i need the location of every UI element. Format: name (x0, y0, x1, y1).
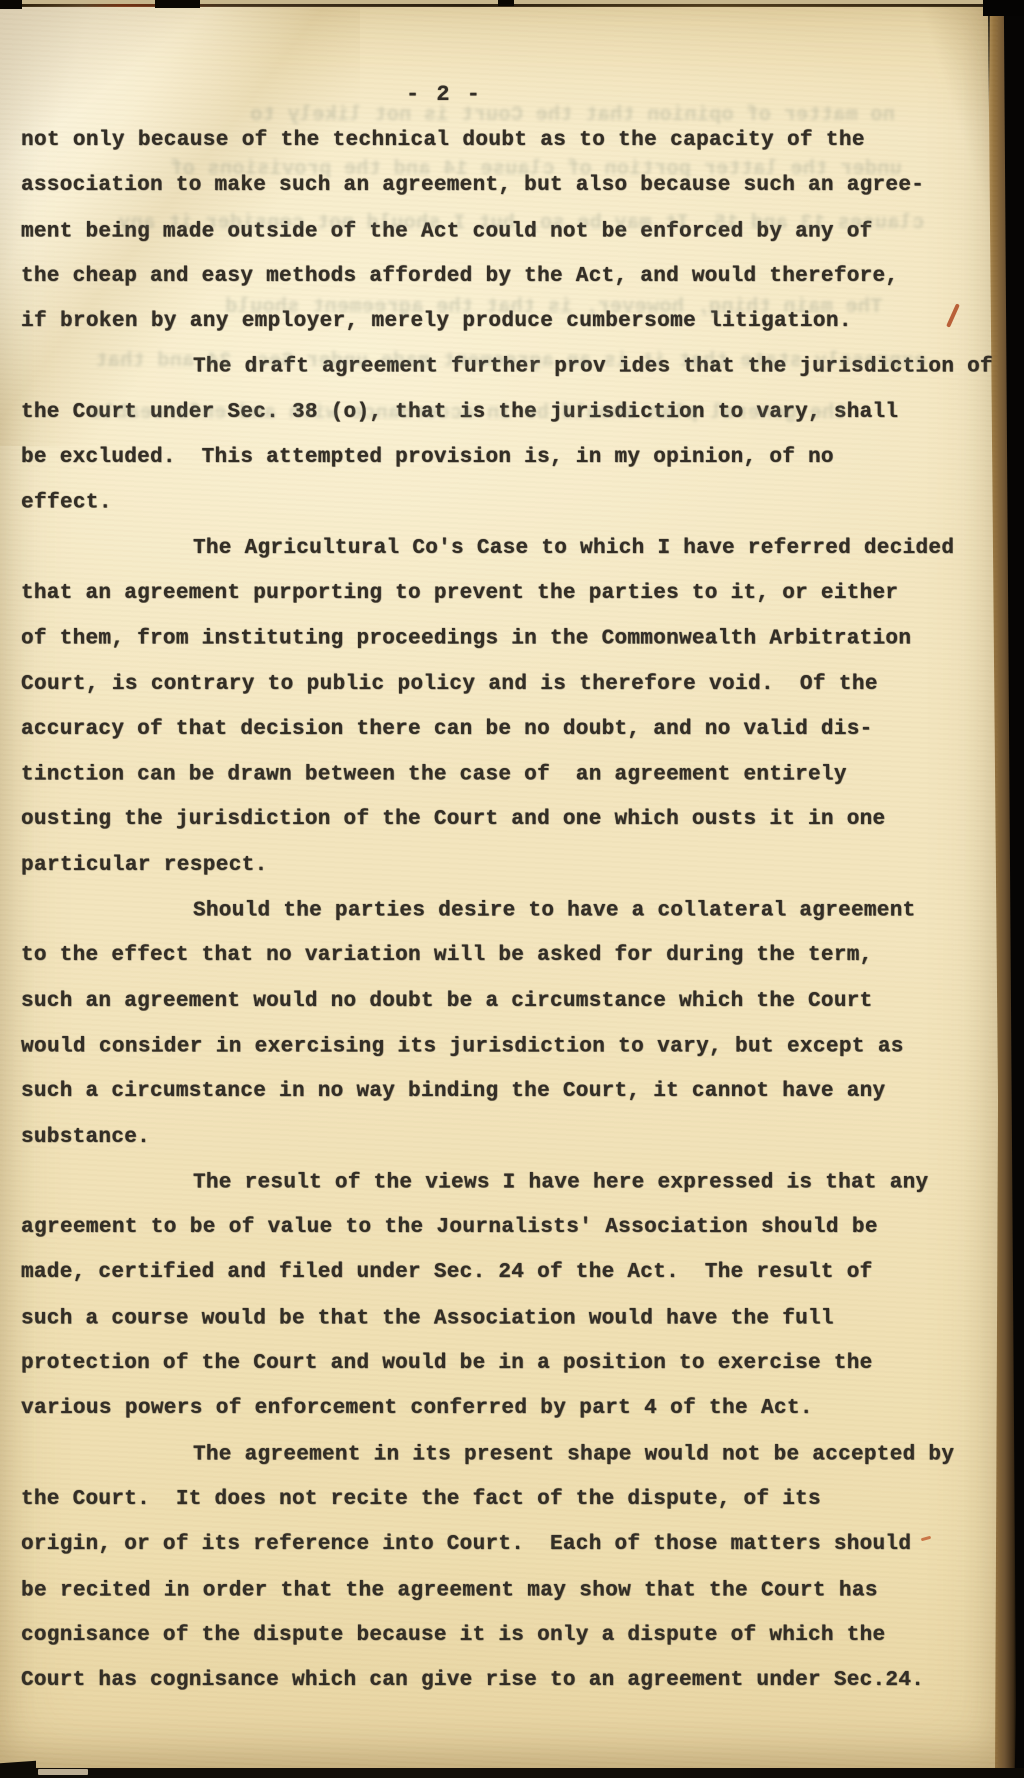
typewritten-line: ousting the jurisdiction of the Court an… (21, 797, 996, 842)
typewritten-line: such a circumstance in no way binding th… (21, 1069, 996, 1114)
bottom-edge-light-patch (38, 1769, 88, 1775)
text-lines: not only because of the technical doubt … (21, 118, 996, 1703)
typewritten-line: the Court under Sec. 38 (o), that is the… (21, 390, 996, 435)
typewritten-line: substance. (21, 1115, 996, 1160)
typewritten-line: such an agreement would no doubt be a ci… (21, 979, 996, 1024)
typewritten-line: protection of the Court and would be in … (21, 1341, 996, 1386)
typewritten-line: to the effect that no variation will be … (21, 933, 996, 978)
typewritten-line: Court, is contrary to public policy and … (21, 662, 996, 707)
typewritten-line: association to make such an agreement, b… (21, 163, 996, 208)
typewritten-line: The Agricultural Co's Case to which I ha… (21, 526, 996, 571)
typewritten-line: such a course would be that the Associat… (21, 1296, 996, 1341)
top-edge-dark-tab (0, 0, 22, 9)
typewritten-line: the cheap and easy methods afforded by t… (21, 254, 996, 299)
bottom-photo-edge (0, 1768, 1024, 1778)
top-right-dark-corner (983, 0, 1024, 16)
typewritten-line: The agreement in its present shape would… (21, 1432, 996, 1477)
typewritten-line: the Court. It does not recite the fact o… (21, 1477, 996, 1522)
typewritten-line: made, certified and filed under Sec. 24 … (21, 1250, 996, 1295)
typewritten-line: agreement to be of value to the Journali… (21, 1205, 996, 1250)
typewritten-line: ment being made outside of the Act could… (21, 209, 996, 254)
top-edge-dark-tab (498, 0, 514, 6)
typewritten-line: Court has cognisance which can give rise… (21, 1658, 996, 1703)
typewritten-line: particular respect. (21, 843, 996, 888)
bottom-left-dark-corner (0, 1761, 36, 1778)
page-number: - 2 - (406, 82, 482, 107)
typewritten-line: be excluded. This attempted provision is… (21, 435, 996, 480)
typewritten-line: not only because of the technical doubt … (21, 118, 996, 163)
typewritten-line: The draft agreement further prov ides th… (21, 345, 996, 390)
top-edge-dark-tab (155, 0, 200, 8)
typewritten-line: that an agreement purporting to prevent … (21, 571, 996, 616)
typewritten-line: origin, or of its reference into Court. … (21, 1522, 996, 1567)
typewritten-line: if broken by any employer, merely produc… (21, 299, 996, 344)
typewritten-line: Should the parties desire to have a coll… (21, 889, 996, 934)
typewritten-line: would consider in exercising its jurisdi… (21, 1025, 996, 1070)
typewritten-line: tinction can be drawn between the case o… (21, 753, 996, 798)
typewritten-line: be recited in order that the agreement m… (21, 1568, 996, 1613)
typewritten-line: effect. (21, 481, 996, 526)
typewritten-line: various powers of enforcement conferred … (21, 1386, 996, 1431)
typewritten-line: cognisance of the dispute because it is … (21, 1613, 996, 1658)
typewritten-line: of them, from instituting proceedings in… (21, 617, 996, 662)
typewritten-line: The result of the views I have here expr… (21, 1160, 996, 1205)
typewritten-line: accuracy of that decision there can be n… (21, 707, 996, 752)
scanned-document-photo: - 2 - not only because of the technical … (0, 0, 1024, 1778)
